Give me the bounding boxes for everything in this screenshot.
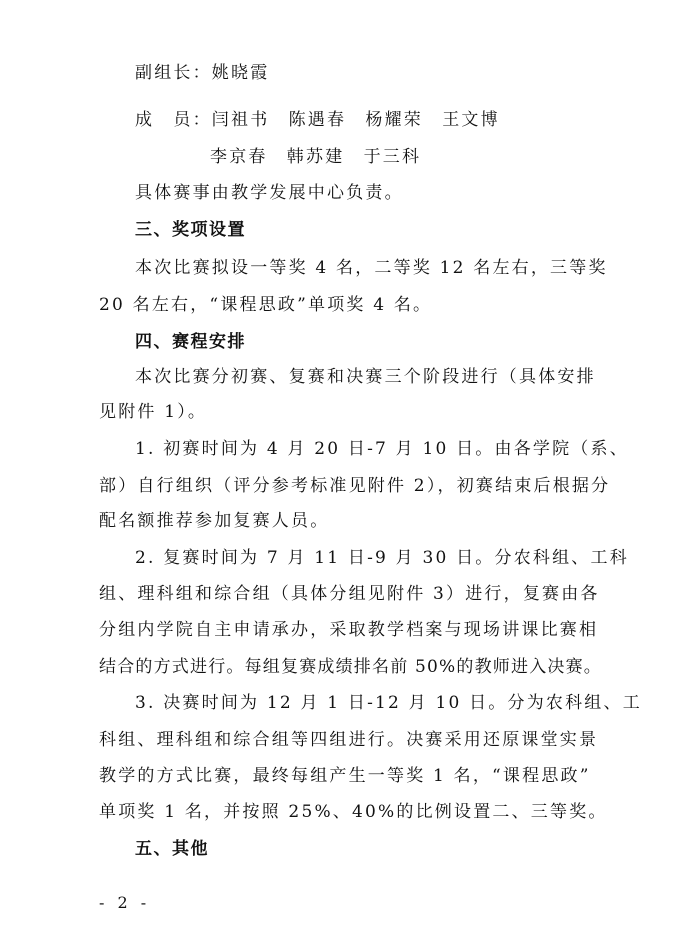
section-heading-schedule: 四、赛程安排 — [135, 331, 246, 353]
paragraph-line: 见附件 1）。 — [99, 401, 207, 423]
paragraph-line: 单项奖 1 名，并按照 25%、40%的比例设置二、三等奖。 — [99, 801, 608, 823]
paragraph-line: 本次比赛分初赛、复赛和决赛三个阶段进行（具体安排 — [135, 366, 596, 388]
list-item-final: 3. 决赛时间为 12 月 1 日-12 月 10 日。分为农科组、工 — [135, 692, 642, 714]
list-item-preliminary: 1. 初赛时间为 4 月 20 日-7 月 10 日。由各学院（系、 — [135, 438, 629, 460]
paragraph-line: 组、理科组和综合组（具体分组见附件 3）进行，复赛由各 — [99, 583, 600, 605]
vice-leader-line: 副组长：姚晓霞 — [135, 62, 269, 84]
paragraph-line: 分组内学院自主申请承办，采取教学档案与现场讲课比赛相 — [99, 619, 598, 641]
section-heading-other: 五、其他 — [135, 838, 209, 860]
paragraph-line: 部）自行组织（评分参考标准见附件 2），初赛结束后根据分 — [99, 475, 610, 497]
paragraph-line: 结合的方式进行。每组复赛成绩排名前 50%的教师进入决赛。 — [99, 656, 602, 678]
page-number: - 2 - — [99, 893, 150, 912]
paragraph-line: 科组、理科组和综合组等四组进行。决赛采用还原课堂实景 — [99, 729, 598, 751]
list-item-semifinal: 2. 复赛时间为 7 月 11 日-9 月 30 日。分农科组、工科 — [135, 547, 629, 569]
paragraph-line: 配名额推荐参加复赛人员。 — [99, 510, 329, 532]
members-line: 成 员：闫祖书 陈遇春 杨耀荣 王文博 — [135, 109, 500, 131]
paragraph-line: 20 名左右，“课程思政”单项奖 4 名。 — [99, 294, 432, 316]
paragraph-line: 本次比赛拟设一等奖 4 名，二等奖 12 名左右，三等奖 — [135, 257, 608, 279]
paragraph-line: 教学的方式比赛，最终每组产生一等奖 1 名，“课程思政” — [99, 765, 591, 787]
section-heading-awards: 三、奖项设置 — [135, 219, 246, 241]
members-line-continued: 李京春 韩苏建 于三科 — [210, 146, 421, 168]
responsibility-text: 具体赛事由教学发展中心负责。 — [135, 182, 404, 204]
